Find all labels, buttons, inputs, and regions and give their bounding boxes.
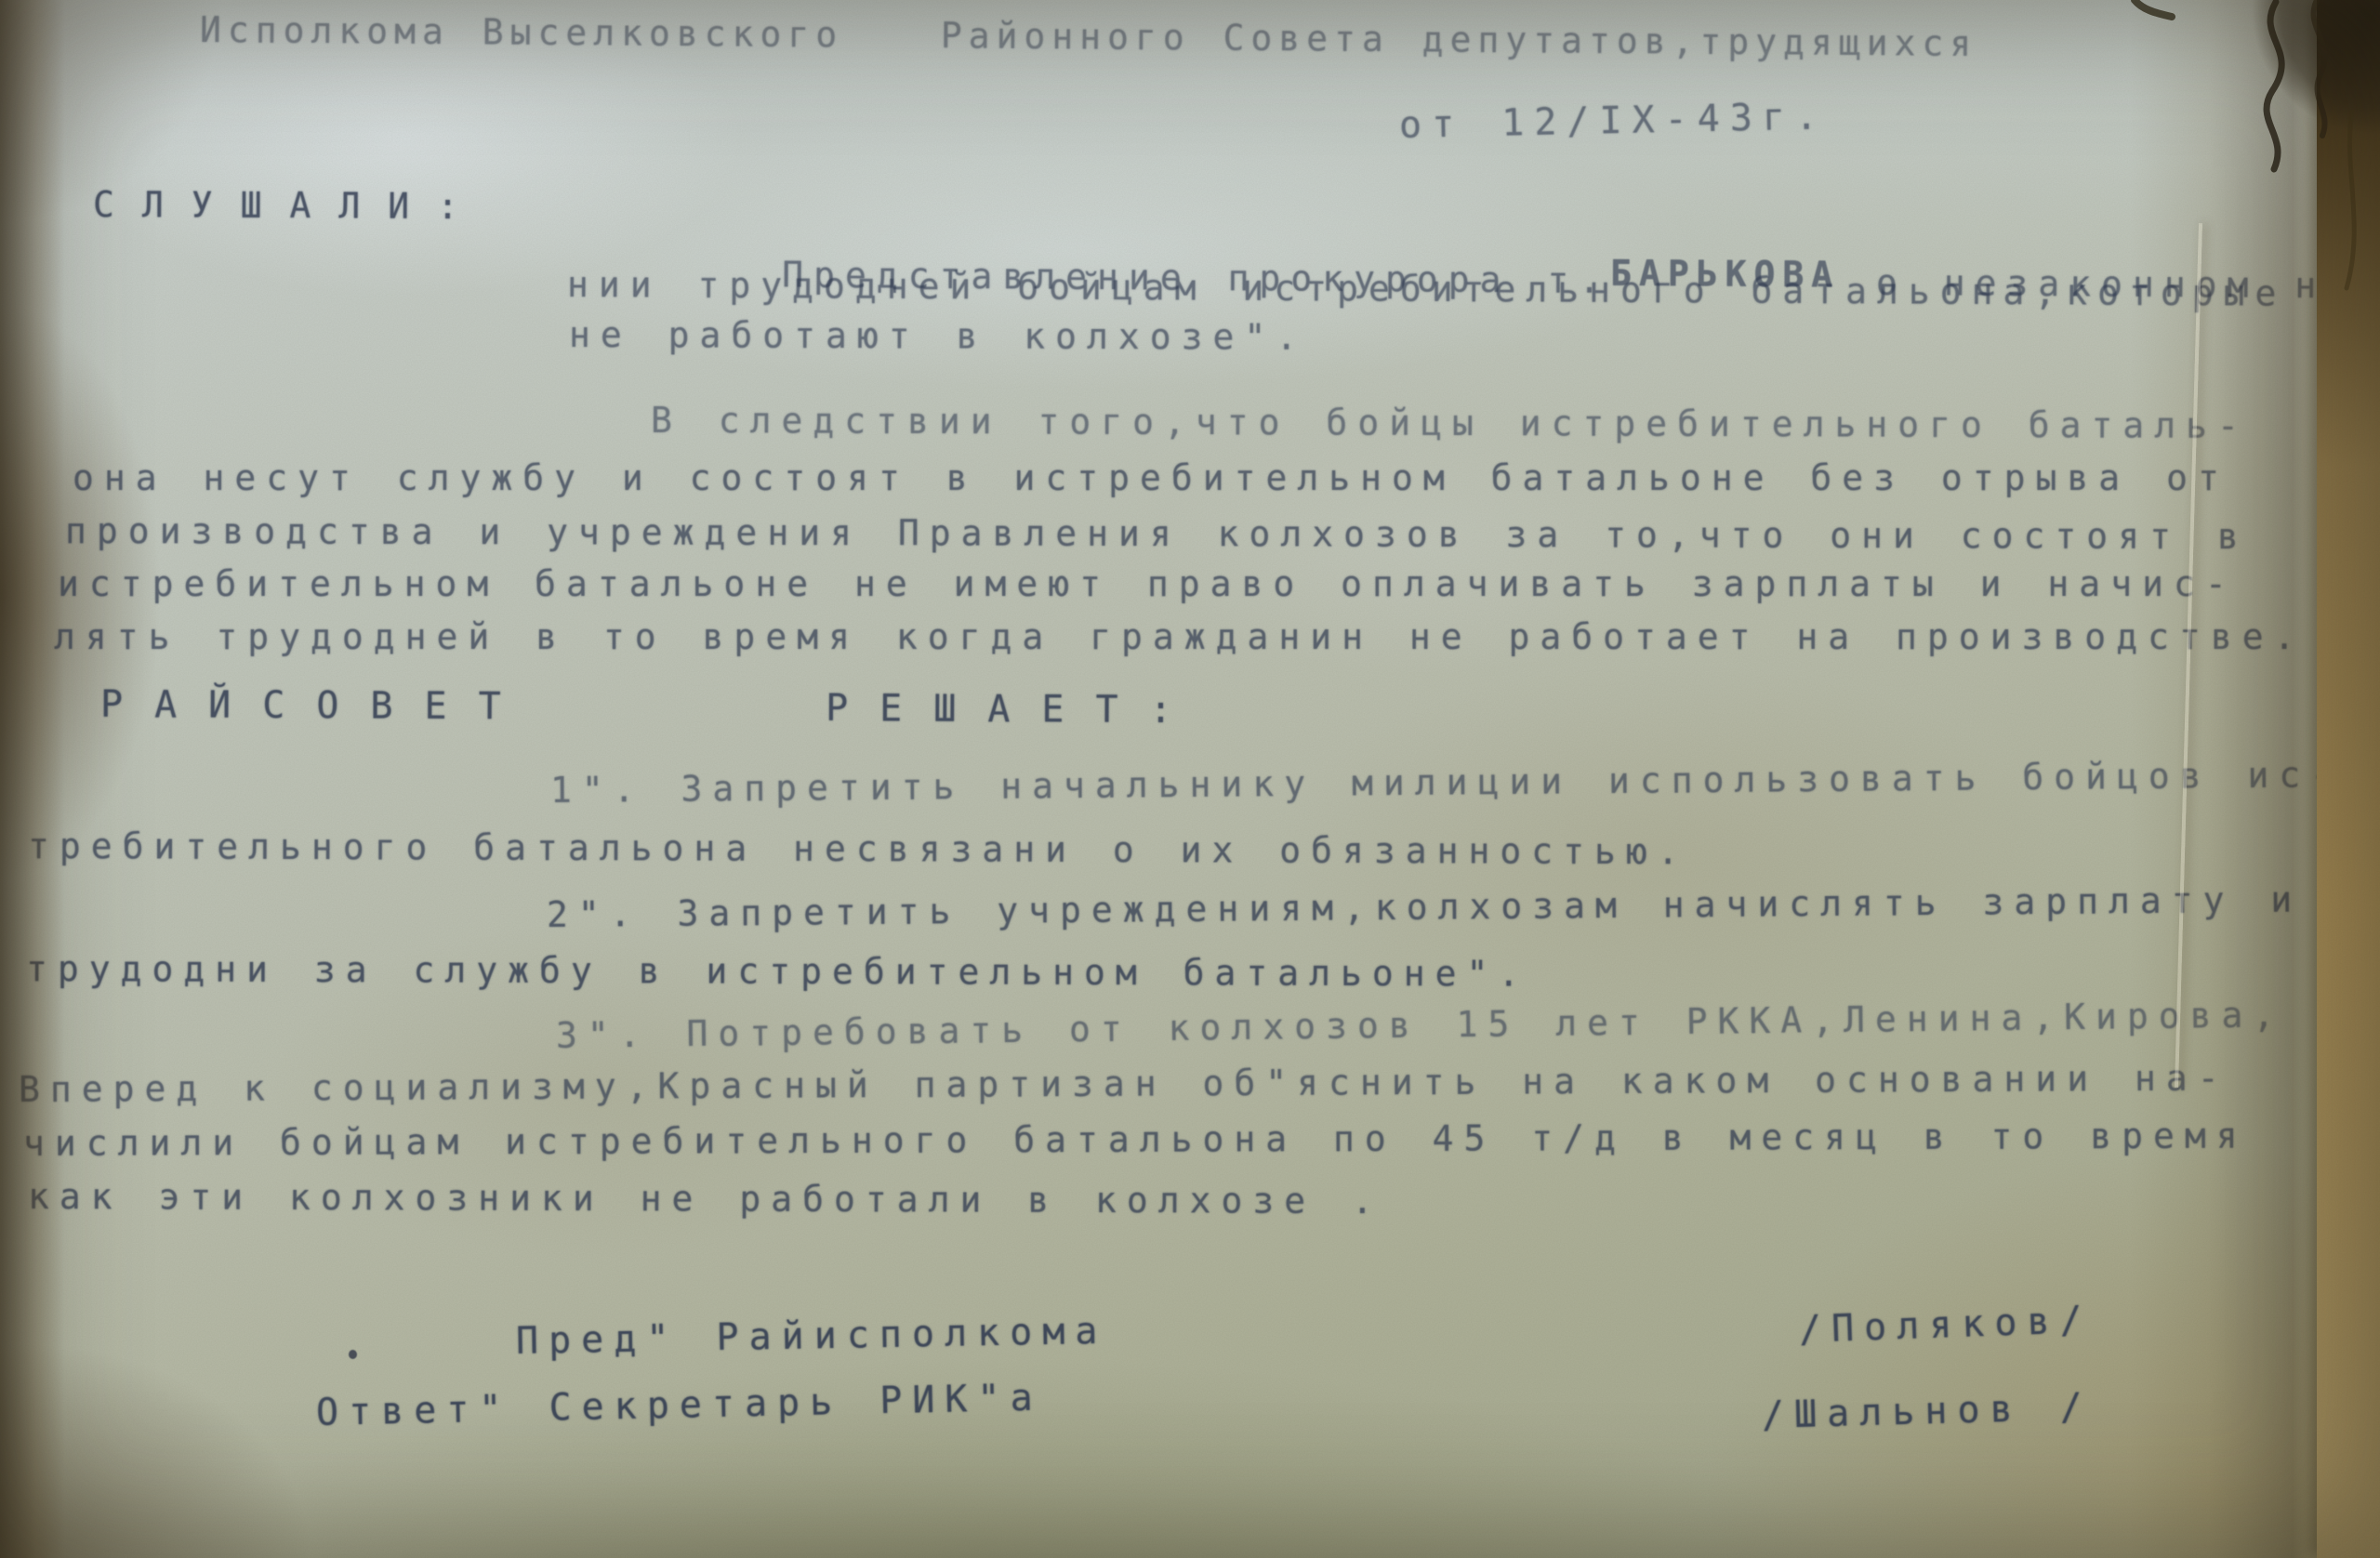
item-1-line-2: требительного батальона несвязани о их о…	[28, 825, 1689, 872]
item-3-line-2: Вперед к социализму,Красный партизан об"…	[19, 1058, 2229, 1110]
dark-corner-topright	[2166, 0, 2380, 167]
signature-name-polyakov: /Поляков/	[1798, 1299, 2093, 1352]
scanned-document-photo: Исполкома Выселковского Районного Совета…	[0, 0, 2380, 1558]
body-line-2: производства и учреждения Правления колх…	[65, 510, 2249, 557]
body-line-1: она несут службу и состоят в истребитель…	[73, 457, 2229, 498]
heard-line-3: не работают в колхозе".	[569, 314, 1307, 358]
item-3-line-4: как эти колхозники не работали в колхозе…	[28, 1176, 1383, 1221]
typed-text-layer: Исполкома Выселковского Районного Совета…	[0, 0, 2380, 1558]
date-line: от 12/IX-43г.	[1399, 95, 1829, 147]
stray-ink-dot	[349, 1350, 357, 1359]
item-2-line-1: 2". Запретить учреждениям,колхозам начис…	[547, 879, 2303, 935]
item-1-line-1: 1". Запретить начальнику милиции использ…	[550, 754, 2342, 811]
page-fold-shadow	[2129, 0, 2320, 1558]
body-line-4: лять трудодней в то время когда граждани…	[54, 616, 2305, 657]
signature-name-shalnov: /Шальнов /	[1761, 1386, 2093, 1437]
left-edge-shadow	[0, 0, 65, 1558]
item-3-line-1: 3". Потребовать от колхозов 15 лет РККА,…	[556, 994, 2285, 1056]
body-line-3: истребительном батальоне не имеют право …	[58, 563, 2237, 604]
resolution-heading: РАЙСОВЕТ РЕШАЕТ:	[100, 683, 1204, 732]
heard-label: СЛУШАЛИ:	[93, 184, 486, 227]
underlying-page-edge	[2317, 0, 2380, 1558]
header-line: Исполкома Выселковского Районного Совета…	[200, 9, 1978, 64]
item-3-line-3: числили бойцам истребительного батальона…	[23, 1116, 2248, 1164]
item-2-line-2: трудодни за службу в истребительном бата…	[26, 948, 1529, 995]
body-intro-line: В следствии того,что бойцы истребительно…	[651, 400, 2249, 446]
signature-title-chairman: Пред" Райисполкома	[516, 1310, 1108, 1363]
signature-title-secretary: Ответ" Секретарь РИК"а	[316, 1377, 1044, 1434]
